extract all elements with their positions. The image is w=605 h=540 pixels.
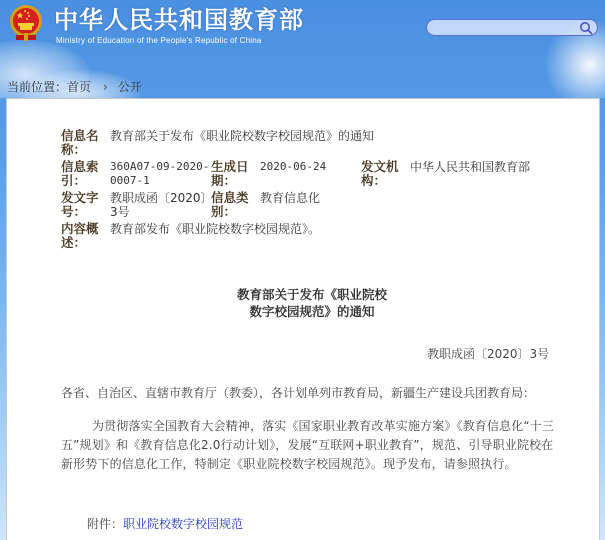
document-paragraph: 为贯彻落实全国教育大会精神，落实《国家职业教育改革实施方案》《教育信息化“十三五… (61, 417, 556, 474)
metadata-row-name: 信息名称： 教育部关于发布《职业院校数字校园规范》的通知 (61, 129, 541, 157)
document-title-line1: 教育部关于发布《职业院校 (217, 286, 407, 303)
metadata-row-docno: 发文字号： 教职成函〔2020〕3号 信息类别： 教育信息化 (61, 191, 541, 219)
document-salutation: 各省、自治区、直辖市教育厅（教委），各计划单列市教育局，新疆生产建设兵团教育局： (61, 384, 591, 401)
index-label: 信息索引： (61, 160, 110, 188)
date-value: 2020-06-24 (260, 160, 326, 188)
content-panel: 信息名称： 教育部关于发布《职业院校数字校园规范》的通知 信息索引： 360A0… (6, 98, 600, 540)
attachment-line: 附件：职业院校数字校园规范 (87, 515, 243, 532)
attachment-link[interactable]: 职业院校数字校园规范 (123, 517, 243, 531)
search-input[interactable] (433, 21, 573, 34)
metadata-table: 信息名称： 教育部关于发布《职业院校数字校园规范》的通知 信息索引： 360A0… (61, 129, 541, 253)
document-number: 教职成函〔2020〕3号 (427, 345, 549, 362)
category-value: 教育信息化 (260, 191, 320, 219)
document-title-line2: 数字校园规范》的通知 (217, 303, 407, 320)
breadcrumb-prefix: 当前位置： (7, 78, 67, 95)
metadata-row-index: 信息索引： 360A07-09-2020- 0007-1 生成日期： 2020-… (61, 160, 541, 188)
metadata-row-summary: 内容概述： 教育部发布《职业院校数字校园规范》。 (61, 222, 541, 250)
site-subtitle: Ministry of Education of the People's Re… (56, 36, 262, 45)
site-header: 中华人民共和国教育部 Ministry of Education of the … (0, 0, 605, 98)
breadcrumb-item-public[interactable]: 公开 (118, 78, 142, 95)
index-value-line2: 0007-1 (110, 174, 150, 187)
summary-value: 教育部发布《职业院校数字校园规范》。 (110, 222, 320, 250)
issuer-label: 发文机构： (361, 160, 410, 188)
category-label: 信息类别： (211, 191, 260, 219)
search-box[interactable] (426, 19, 598, 36)
index-value: 360A07-09-2020- 0007-1 (110, 160, 210, 188)
issuer-value: 中华人民共和国教育部 (410, 160, 530, 188)
date-label: 生成日期： (211, 160, 260, 188)
breadcrumb: 当前位置： 首页 › 公开 (7, 78, 142, 95)
national-emblem-icon (7, 3, 45, 43)
index-value-line1: 360A07-09-2020- (110, 160, 209, 173)
breadcrumb-separator-icon: › (103, 80, 108, 94)
breadcrumb-item-home[interactable]: 首页 (67, 78, 91, 95)
search-icon[interactable] (579, 21, 593, 35)
info-name-label: 信息名称： (61, 129, 110, 157)
site-title[interactable]: 中华人民共和国教育部 (54, 5, 304, 35)
attachment-label: 附件： (87, 517, 123, 531)
doc-no-value: 教职成函〔2020〕3号 (110, 191, 208, 219)
info-name-value: 教育部关于发布《职业院校数字校园规范》的通知 (110, 129, 374, 157)
summary-label: 内容概述： (61, 222, 110, 250)
doc-no-label: 发文字号： (61, 191, 110, 219)
document-title: 教育部关于发布《职业院校 数字校园规范》的通知 (217, 286, 407, 320)
